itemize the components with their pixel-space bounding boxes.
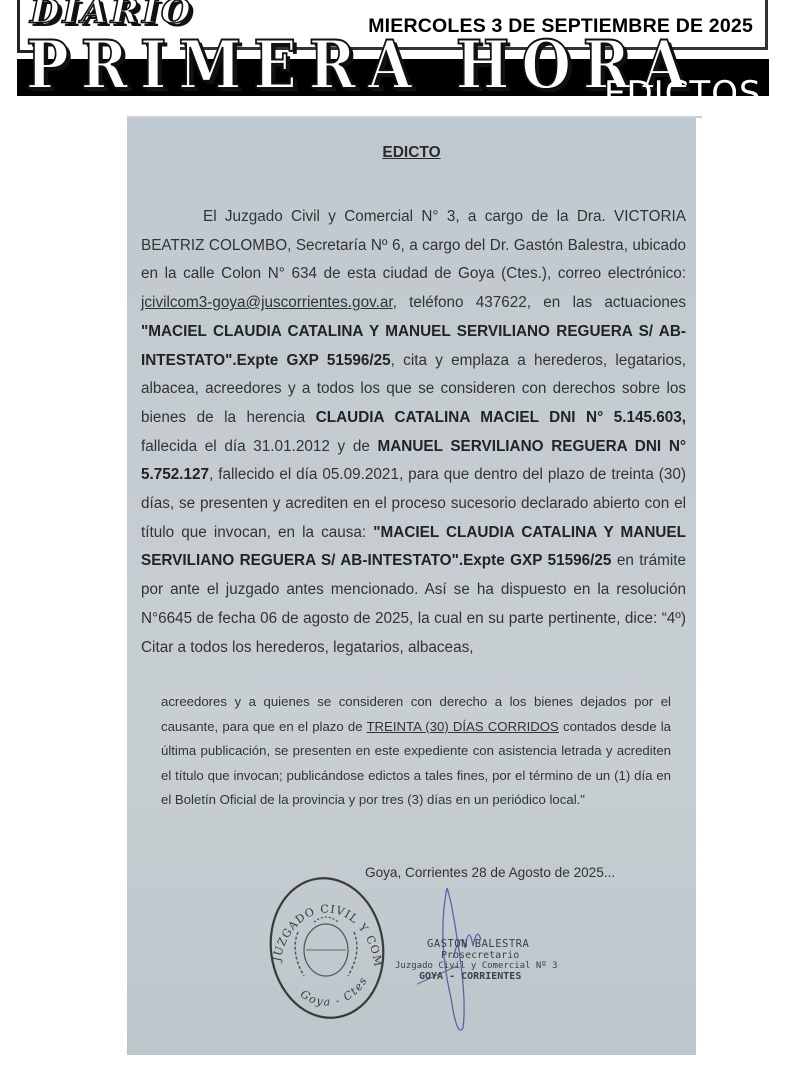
text-run: El Juzgado Civil y Comercial N° 3, a car…	[141, 208, 686, 282]
clerk-stamp: GASTON BALESTRA Prosecretario Juzgado Ci…	[397, 938, 557, 982]
logo-primera-hora: PRIMERA HORA	[26, 32, 698, 96]
svg-text:JUZGADO CIVIL Y COMERCIAL Nº 3: JUZGADO CIVIL Y COMERCIAL Nº 3	[266, 872, 385, 968]
newspaper-masthead: MIERCOLES 3 DE SEPTIEMBRE DE 2025 DIARIO…	[0, 0, 796, 96]
text-run: fallecida el día 31.01.2012 y de	[141, 438, 378, 455]
court-seal-icon: JUZGADO CIVIL Y COMERCIAL Nº 3 Goya - Ct…	[266, 872, 388, 1020]
stamp-role: Prosecretario	[417, 950, 557, 961]
edict-body: El Juzgado Civil y Comercial N° 3, a car…	[141, 203, 686, 662]
deadline-underlined: TREINTA (30) DÍAS CORRIDOS	[366, 719, 558, 734]
stamp-name: GASTON BALESTRA	[427, 938, 557, 950]
stamp-court: Juzgado Civil y Comercial Nº 3	[395, 961, 557, 971]
deceased-1: CLAUDIA CATALINA MACIEL DNI N° 5.145.603…	[316, 409, 686, 426]
edict-paragraph: El Juzgado Civil y Comercial N° 3, a car…	[141, 203, 686, 662]
masthead-frame-line	[17, 0, 20, 52]
section-label: EDICTOS	[604, 77, 762, 96]
stamp-city: GOYA - CORRIENTES	[397, 971, 557, 982]
quote-paragraph: acreedores y a quienes se consideren con…	[161, 690, 671, 813]
text-run: , teléfono 437622, en las actuaciones	[393, 294, 686, 311]
scanned-edict: EDICTO El Juzgado Civil y Comercial N° 3…	[127, 118, 696, 1055]
resolution-quote: acreedores y a quienes se consideren con…	[161, 690, 671, 813]
court-email-link[interactable]: jcivilcom3-goya@juscorrientes.gov.ar	[141, 294, 393, 311]
logo-diario: DIARIO	[30, 0, 194, 31]
edict-title: EDICTO	[127, 144, 696, 162]
